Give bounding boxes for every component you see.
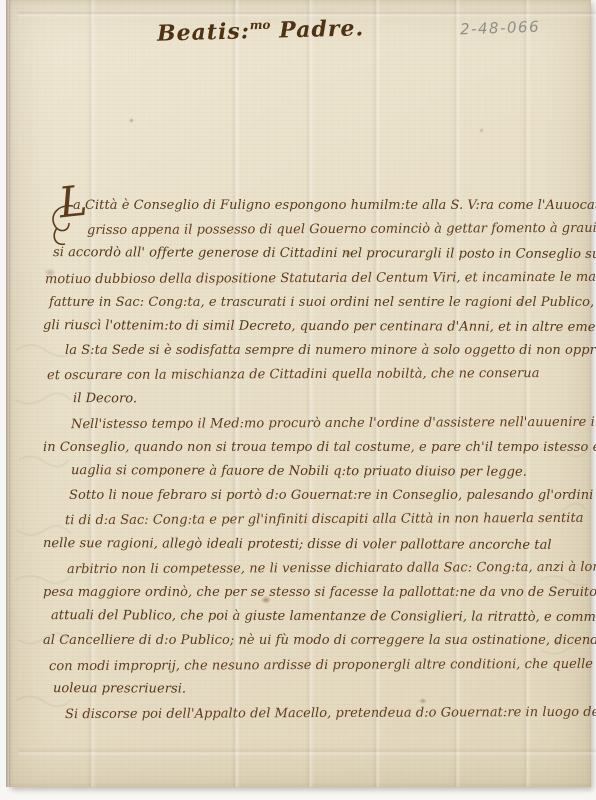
salutation-superscript: mo (250, 18, 271, 33)
paper-left-edge (6, 0, 11, 787)
text-line: in Conseglio, quando non si troua tempo … (43, 436, 587, 460)
text-line: Sotto li noue febraro si portò d:o Gouer… (69, 484, 587, 508)
archival-number: 2-48-066 (460, 18, 541, 39)
scanned-manuscript-page: { "document": { "archival_number": "2-48… (0, 0, 596, 800)
text-line: si accordò all' offerte generose di Citt… (53, 241, 587, 267)
text-line: la S:ta Sede si è sodisfatta sempre di n… (65, 339, 587, 363)
stain (479, 128, 484, 133)
text-line: Si discorse poi dell'Appalto del Macello… (65, 701, 587, 727)
horizontal-fold-crease (18, 748, 596, 756)
salutation-text: Beatis: (157, 18, 251, 46)
text-line: grisso appena il possesso di quel Gouern… (87, 217, 587, 243)
text-line: attuali del Publico, che poi à giuste la… (51, 604, 587, 630)
text-line: uaglia si componere à fauore de Nobili q… (71, 459, 587, 485)
text-line: fatture in Sac: Cong:ta, e trascurati i … (49, 291, 587, 315)
letter-body: L a Città è Conseglio di Fuligno espongo… (39, 194, 587, 726)
text-line: L a Città è Conseglio di Fuligno espongo… (73, 194, 587, 218)
text-line: il Decoro. (73, 387, 587, 413)
text-line: gli riuscì l'ottenim:to di simil Decreto… (43, 314, 587, 340)
text-line: nelle sue ragioni, allegò ideali protest… (43, 532, 587, 558)
text-line: con modi improprij, che nesuno ardisse d… (49, 652, 587, 679)
salutation-text: Padre. (270, 15, 364, 43)
text-line: arbitrio non li competesse, ne li veniss… (67, 556, 587, 582)
text-line: pesa maggiore ordinò, che per se stesso … (43, 581, 587, 605)
manuscript-paper: Beatis:mo Padre. 2-48-066 L a Città è Co… (9, 0, 591, 787)
text-line: motiuo dubbioso della dispositione Statu… (45, 265, 587, 292)
text-line: ti di d:a Sac: Cong:ta e per gl'infiniti… (65, 507, 587, 533)
text-line: al Cancelliere di d:o Publico; nè ui fù … (43, 629, 587, 653)
text-line-content: a Città è Conseglio di Fuligno espongono… (73, 198, 596, 213)
salutation: Beatis:mo Padre. (157, 15, 365, 46)
text-line: uoleua prescriuersi. (53, 677, 587, 703)
stain (129, 118, 134, 123)
text-line: et oscurare con la mischianza de Cittadi… (47, 362, 587, 389)
text-line: Nell'istesso tempo il Med:mo procurò anc… (71, 411, 587, 437)
